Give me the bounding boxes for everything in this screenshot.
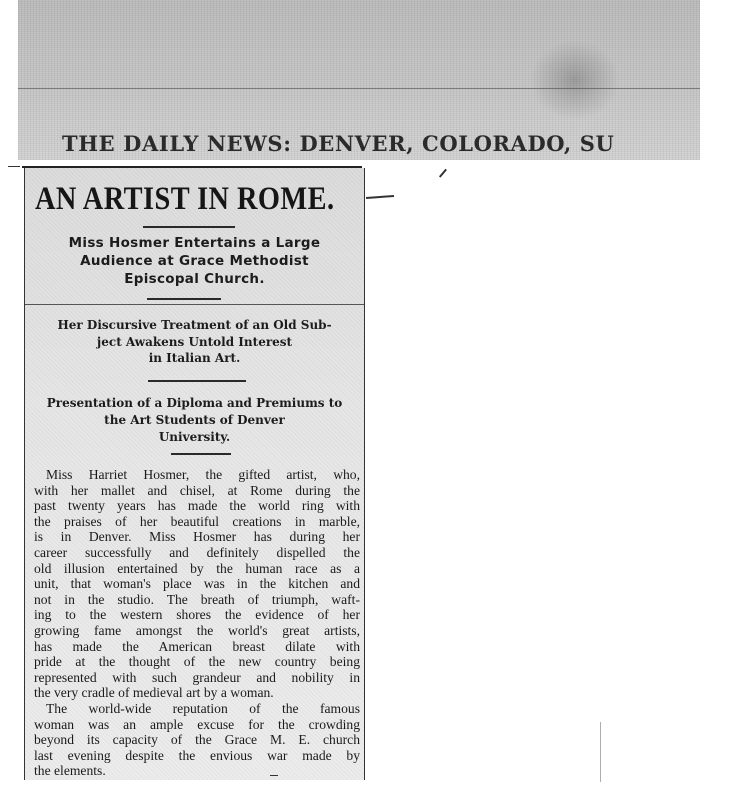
headline-separator [143,226,235,228]
body-line: old illusion entertained by the human ra… [34,561,360,577]
body-line: not in the studio. The breath of triumph… [34,592,360,608]
subheading-2: Her Discursive Treatment of an Old Sub- … [25,317,364,367]
article-body: Miss Harriet Hosmer, the gifted artist, … [34,467,360,779]
body-line: the very cradle of medieval art by a wom… [34,685,360,701]
body-line: career successfully and definitely dispe… [34,545,360,561]
body-line: represented with such grandeur and nobil… [34,670,360,686]
body-line: woman was an ample excuse for the crowdi… [34,717,360,733]
stray-ink-mark [270,775,278,776]
subheading-separator [148,380,246,382]
stray-ink-mark [366,195,394,198]
ink-smudge [530,40,620,120]
body-line: beyond its capacity of the Grace M. E. c… [34,732,360,748]
column-rule [25,304,364,305]
body-line: the elements. [34,763,360,779]
body-line: past twenty years has made the world rin… [34,498,360,514]
subheading-1: Miss Hosmer Entertains a Large Audience … [25,234,364,288]
stray-ink-mark [439,169,447,178]
newspaper-masthead: THE DAILY NEWS: DENVER, COLORADO, SU [62,131,702,156]
subheading-separator [171,453,231,455]
body-line: unit, that woman's place was in the kitc… [34,576,360,592]
article-column: AN ARTIST IN ROME. Miss Hosmer Entertain… [24,168,365,780]
stray-ink-mark [600,722,601,782]
subheading-1-line: Episcopal Church. [25,270,364,288]
subheading-3-line: the Art Students of Denver [25,412,364,429]
body-line: with her mallet and chisel, at Rome duri… [34,483,360,499]
rule-tick-mark [8,166,20,167]
subheading-3: Presentation of a Diploma and Premiums t… [25,395,364,446]
subheading-2-line: ject Awakens Untold Interest [25,334,364,351]
body-line: last evening despite the envious war mad… [34,748,360,764]
subheading-3-line: University. [25,429,364,446]
body-line: pride at the thought of the new country … [34,654,360,670]
body-line: ing to the western shores the evidence o… [34,607,360,623]
body-line: the praises of her beautiful creations i… [34,514,360,530]
body-line: growing fame amongst the world's great a… [34,623,360,639]
subheading-1-line: Audience at Grace Methodist [25,252,364,270]
subheading-separator [147,298,221,300]
subheading-1-line: Miss Hosmer Entertains a Large [25,234,364,252]
body-line: has made the American breast dilate with [34,639,360,655]
subheading-3-line: Presentation of a Diploma and Premiums t… [25,395,364,412]
body-line: The world-wide reputation of the famous [34,701,360,717]
body-line: Miss Harriet Hosmer, the gifted artist, … [34,467,360,483]
body-line: is in Denver. Miss Hosmer has during her [34,529,360,545]
subheading-2-line: in Italian Art. [25,350,364,367]
article-headline: AN ARTIST IN ROME. [35,181,319,218]
subheading-2-line: Her Discursive Treatment of an Old Sub- [25,317,364,334]
